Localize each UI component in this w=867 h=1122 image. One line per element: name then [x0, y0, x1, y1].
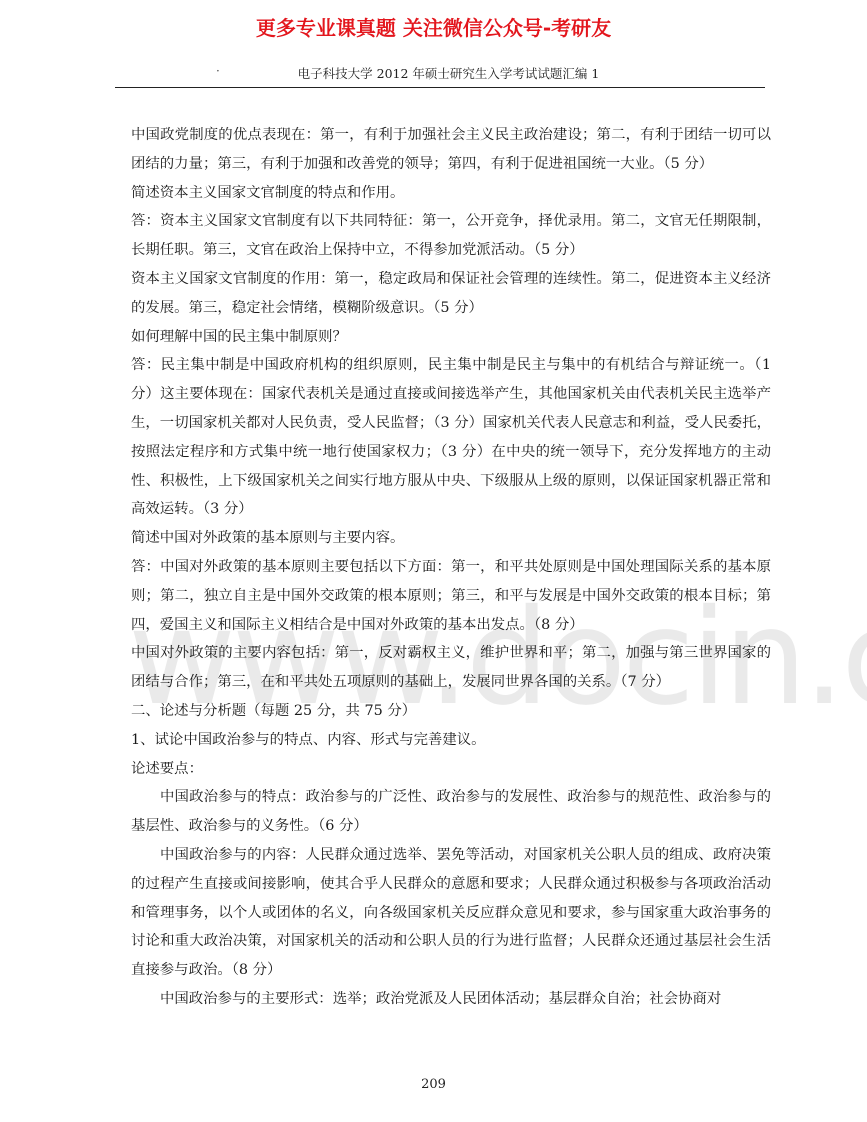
question-heading: 简述资本主义国家文官制度的特点和作用。: [131, 179, 771, 208]
paragraph: 资本主义国家文官制度的作用：第一，稳定政局和保证社会管理的连续性。第二，促进资本…: [131, 265, 771, 323]
section-heading: 二、论述与分析题（每题 25 分，共 75 分）: [131, 697, 771, 726]
paragraph: 中国政治参与的内容：人民群众通过选举、罢免等活动，对国家机关公职人员的组成、政府…: [131, 841, 771, 985]
paragraph: 中国对外政策的主要内容包括：第一，反对霸权主义，维护世界和平；第二，加强与第三世…: [131, 639, 771, 697]
answer-label: 论述要点：: [131, 755, 771, 784]
paragraph: 答：民主集中制是中国政府机构的组织原则，民主集中制是民主与集中的有机结合与辩证统…: [131, 351, 771, 524]
paragraph: 中国政治参与的特点：政治参与的广泛性、政治参与的发展性、政治参与的规范性、政治参…: [131, 783, 771, 841]
promo-banner: 更多专业课真题 关注微信公众号-考研友: [0, 12, 867, 41]
page-number: 209: [0, 1077, 867, 1092]
header-rule: [115, 87, 765, 88]
question-heading: 简述中国对外政策的基本原则与主要内容。: [131, 524, 771, 553]
paragraph: 中国政治参与的主要形式：选举；政治党派及人民团体活动；基层群众自治；社会协商对: [131, 985, 771, 1014]
paragraph: 答：资本主义国家文官制度有以下共同特征：第一，公开竞争，择优录用。第二，文官无任…: [131, 207, 771, 265]
page-body: 中国政党制度的优点表现在：第一，有利于加强社会主义民主政治建设；第二，有利于团结…: [131, 121, 771, 1014]
running-header: 电子科技大学 2012 年硕士研究生入学考试试题汇编 1: [0, 64, 867, 82]
question-heading: 1、试论中国政治参与的特点、内容、形式与完善建议。: [131, 726, 771, 755]
paragraph: 答：中国对外政策的基本原则主要包括以下方面：第一，和平共处原则是中国处理国际关系…: [131, 553, 771, 639]
paragraph: 中国政党制度的优点表现在：第一，有利于加强社会主义民主政治建设；第二，有利于团结…: [131, 121, 771, 179]
question-heading: 如何理解中国的民主集中制原则？: [131, 323, 771, 352]
